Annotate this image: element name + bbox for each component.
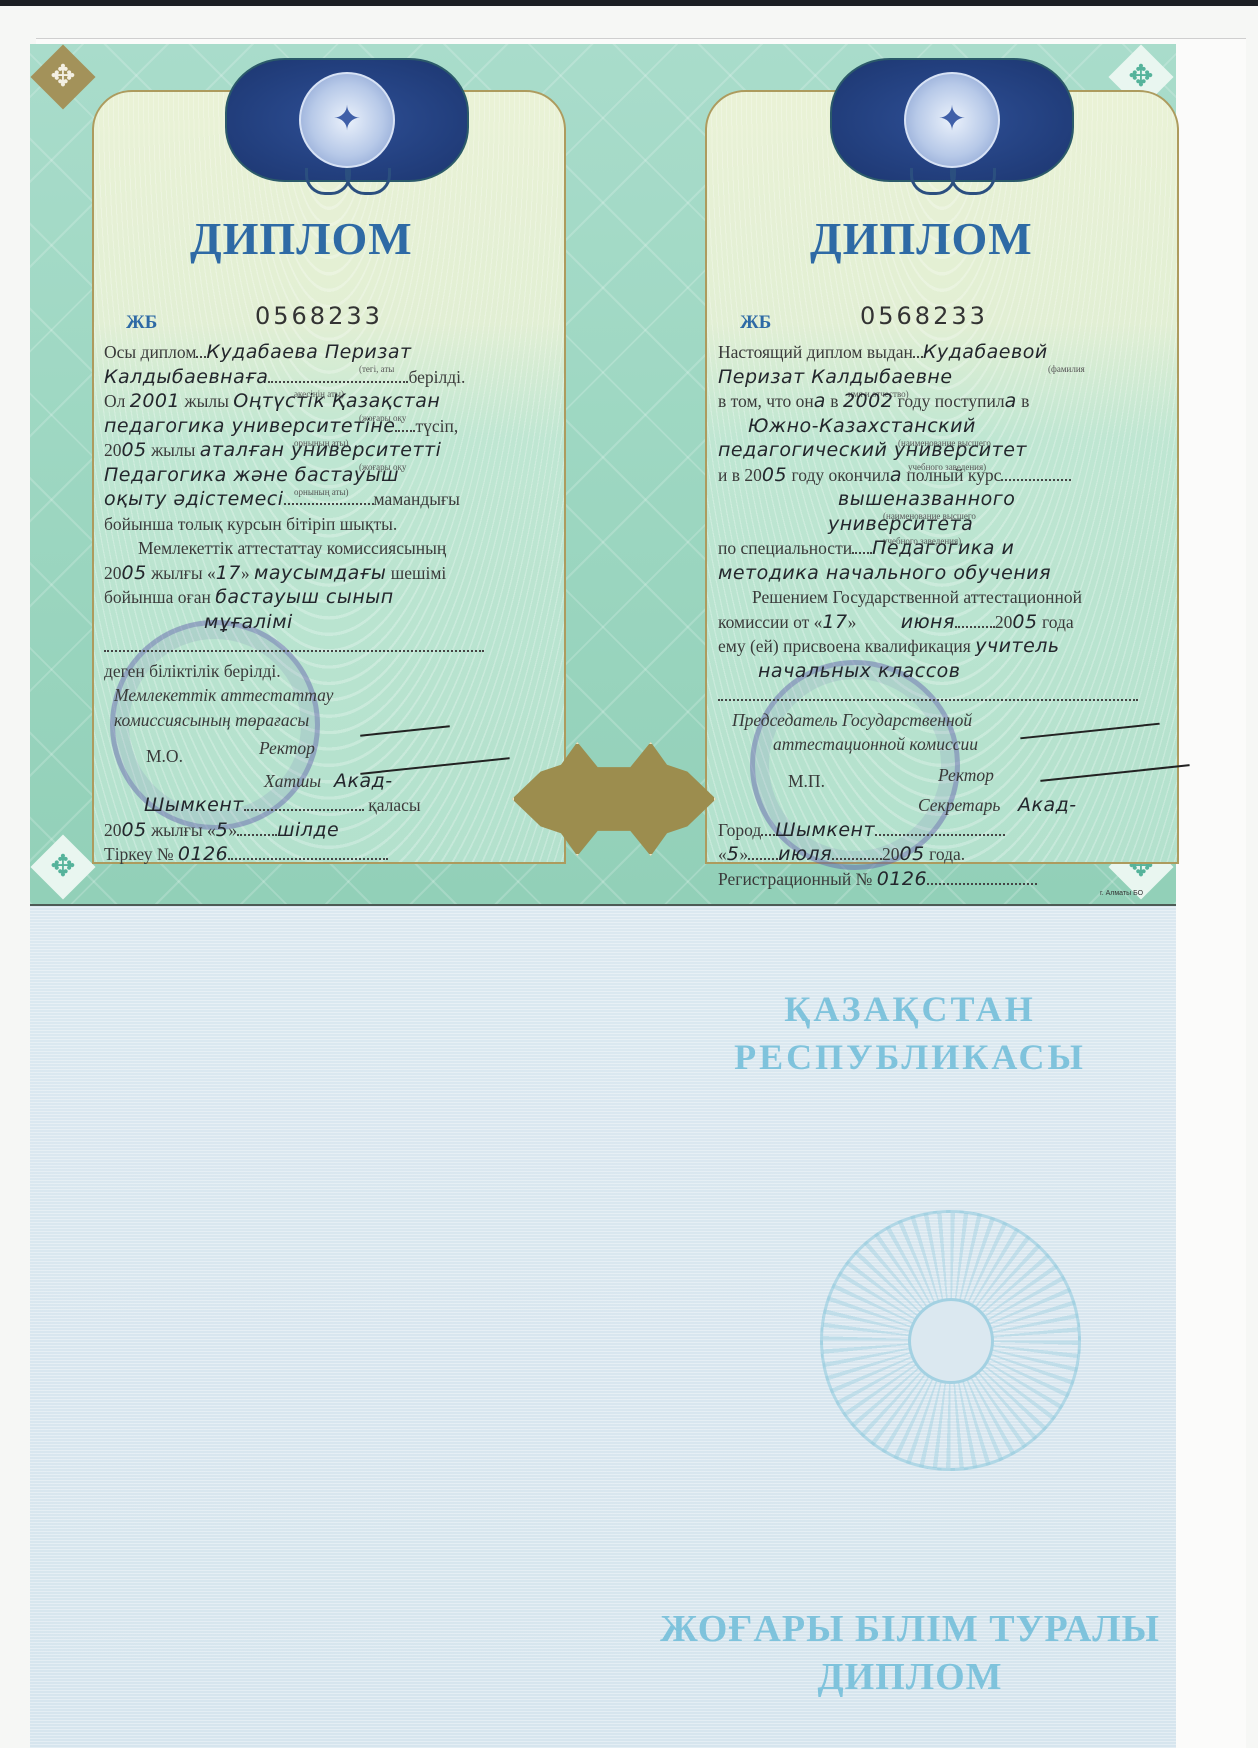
russian-body: Настоящий диплом выданКудабаевой(фамилия… (718, 340, 1148, 891)
series-label: ЖБ (126, 312, 157, 334)
state-emblem-left (225, 58, 465, 188)
kazakh-body: Осы дипломКудабаева Перизат(тегі, аты Ка… (104, 340, 534, 867)
ornament-corner-icon (30, 44, 95, 109)
kazakhstan-emblem-icon (904, 72, 1000, 168)
cover-country-title: ҚАЗАҚСТАН РЕСПУБЛИКАСЫ (640, 985, 1180, 1081)
ornament-corner-icon (30, 834, 95, 899)
registration-number: 0126 (178, 843, 228, 865)
diploma-number: 0568233 (255, 302, 383, 330)
qualification-kz: бастауыш сынып (215, 586, 393, 608)
specialty-ru: Педагогика и (872, 537, 1014, 559)
city-ru: Шымкент (775, 819, 875, 841)
state-emblem-right (830, 58, 1070, 188)
diploma-number: 0568233 (860, 302, 988, 330)
kazakhstan-emblem-icon (299, 72, 395, 168)
scan-top-edge (0, 0, 1258, 6)
qualification-ru: учитель (975, 635, 1059, 657)
kazakhstan-emblem-icon (820, 1210, 1081, 1471)
specialty-kz: Педагогика және бастауыш (104, 464, 399, 486)
registration-number: 0126 (877, 868, 927, 890)
cover-diploma-title: ЖОҒАРЫ БІЛІМ ТУРАЛЫ ДИПЛОМ (640, 1605, 1180, 1701)
city-kz: Шымкент (104, 794, 244, 816)
printer-mark: г. Алматы БО (1100, 890, 1143, 897)
series-label: ЖБ (740, 312, 771, 334)
diploma-title-kz: ДИПЛОМ (190, 212, 413, 265)
recipient-name: Кудабаевой (923, 341, 1048, 363)
diploma-title-ru: ДИПЛОМ (810, 212, 1033, 265)
